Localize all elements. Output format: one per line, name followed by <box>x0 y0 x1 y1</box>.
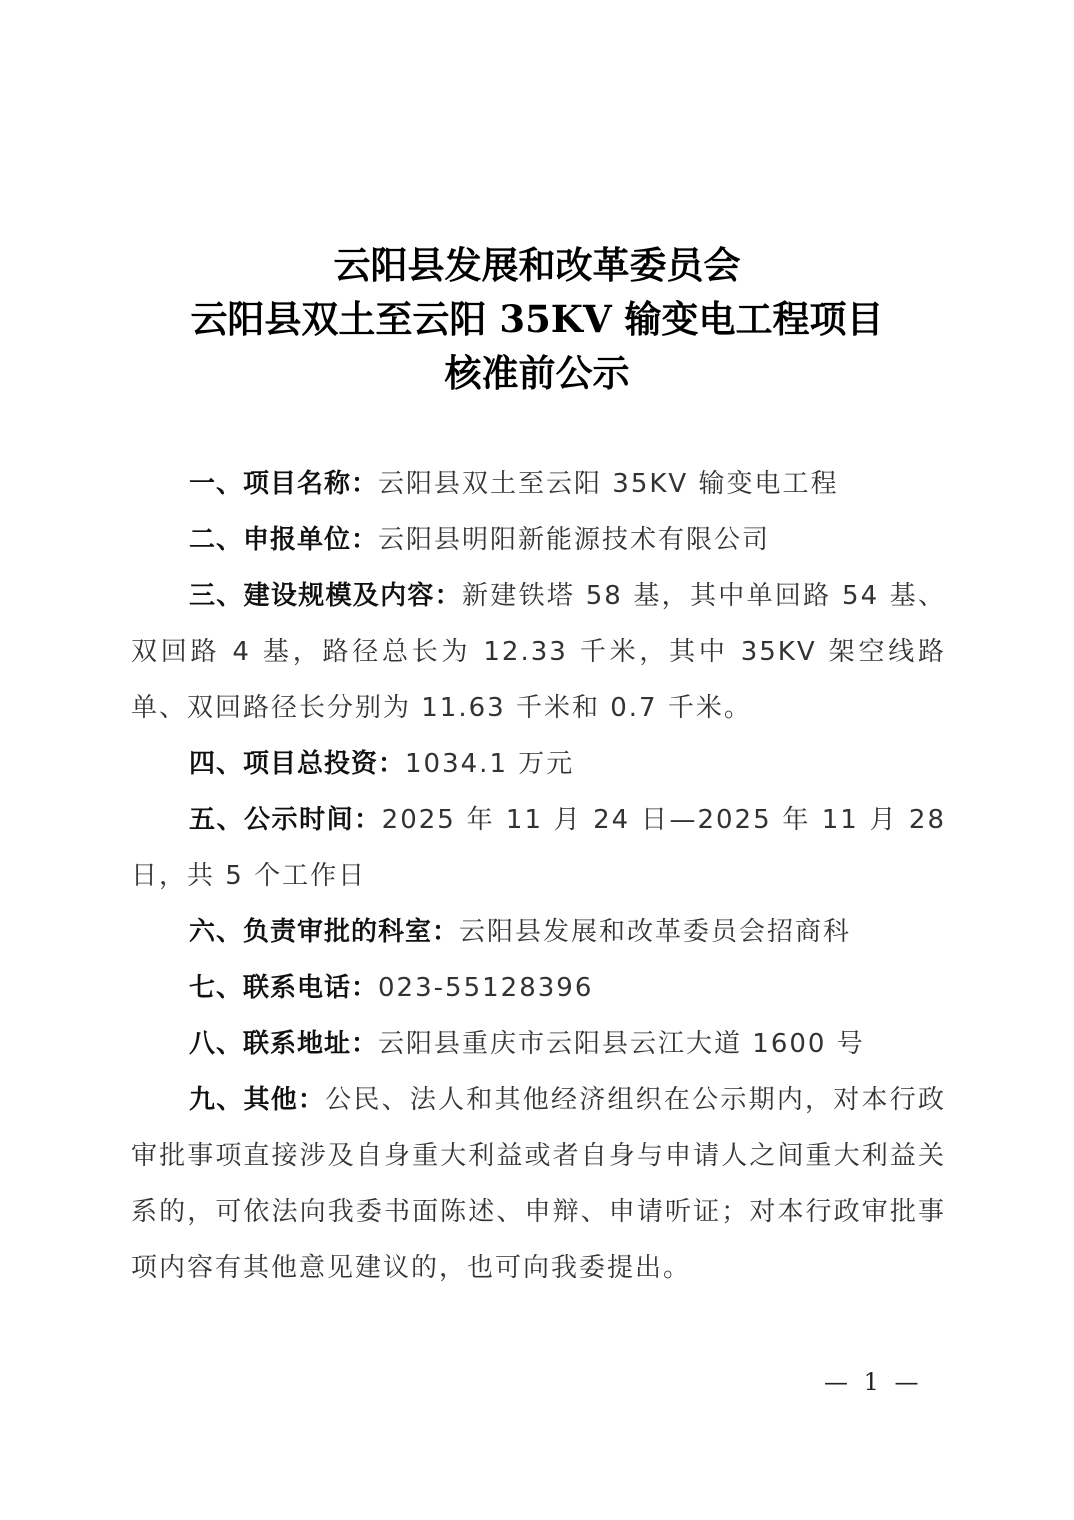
section-label: 四、项目总投资： <box>189 749 405 779</box>
section-label: 五、公示时间： <box>189 805 382 835</box>
section-label: 八、联系地址： <box>189 1029 378 1059</box>
section-approval-office: 六、负责审批的科室：云阳县发展和改革委员会招商科 <box>131 904 946 960</box>
section-value: 023-55128396 <box>378 973 593 1003</box>
section-label: 二、申报单位： <box>189 525 378 555</box>
section-value: 1034.1 万元 <box>405 749 574 779</box>
section-project-name: 一、项目名称：云阳县双土至云阳 35KV 输变电工程 <box>131 456 946 512</box>
section-total-investment: 四、项目总投资：1034.1 万元 <box>131 736 946 792</box>
section-label: 一、项目名称： <box>189 469 378 499</box>
section-value: 云阳县双土至云阳 35KV 输变电工程 <box>378 469 838 499</box>
section-label: 三、建设规模及内容： <box>189 581 462 611</box>
section-applicant: 二、申报单位：云阳县明阳新能源技术有限公司 <box>131 512 946 568</box>
section-value: 云阳县重庆市云阳县云江大道 1600 号 <box>378 1029 865 1059</box>
section-value: 云阳县明阳新能源技术有限公司 <box>378 525 770 555</box>
document-title: 云阳县发展和改革委员会 云阳县双土至云阳 35KV 输变电工程项目 核准前公示 <box>0 238 1074 400</box>
section-value: 云阳县发展和改革委员会招商科 <box>459 917 851 947</box>
title-line-notice: 核准前公示 <box>0 346 1074 400</box>
section-contact-address: 八、联系地址：云阳县重庆市云阳县云江大道 1600 号 <box>131 1016 946 1072</box>
title-line-organization: 云阳县发展和改革委员会 <box>0 238 1074 292</box>
document-body: 一、项目名称：云阳县双土至云阳 35KV 输变电工程 二、申报单位：云阳县明阳新… <box>131 456 946 1296</box>
document-page: 云阳县发展和改革委员会 云阳县双土至云阳 35KV 输变电工程项目 核准前公示 … <box>0 0 1074 1520</box>
section-label: 七、联系电话： <box>189 973 378 1003</box>
section-notice-period: 五、公示时间：2025 年 11 月 24 日—2025 年 11 月 28 日… <box>131 792 946 904</box>
section-label: 九、其他： <box>189 1085 325 1115</box>
section-scale-content: 三、建设规模及内容：新建铁塔 58 基，其中单回路 54 基、双回路 4 基，路… <box>131 568 946 736</box>
section-other: 九、其他：公民、法人和其他经济组织在公示期内，对本行政审批事项直接涉及自身重大利… <box>131 1072 946 1296</box>
section-contact-phone: 七、联系电话：023-55128396 <box>131 960 946 1016</box>
title-line-project: 云阳县双土至云阳 35KV 输变电工程项目 <box>0 292 1074 346</box>
section-label: 六、负责审批的科室： <box>189 917 459 947</box>
page-number: — 1 — <box>824 1368 923 1396</box>
